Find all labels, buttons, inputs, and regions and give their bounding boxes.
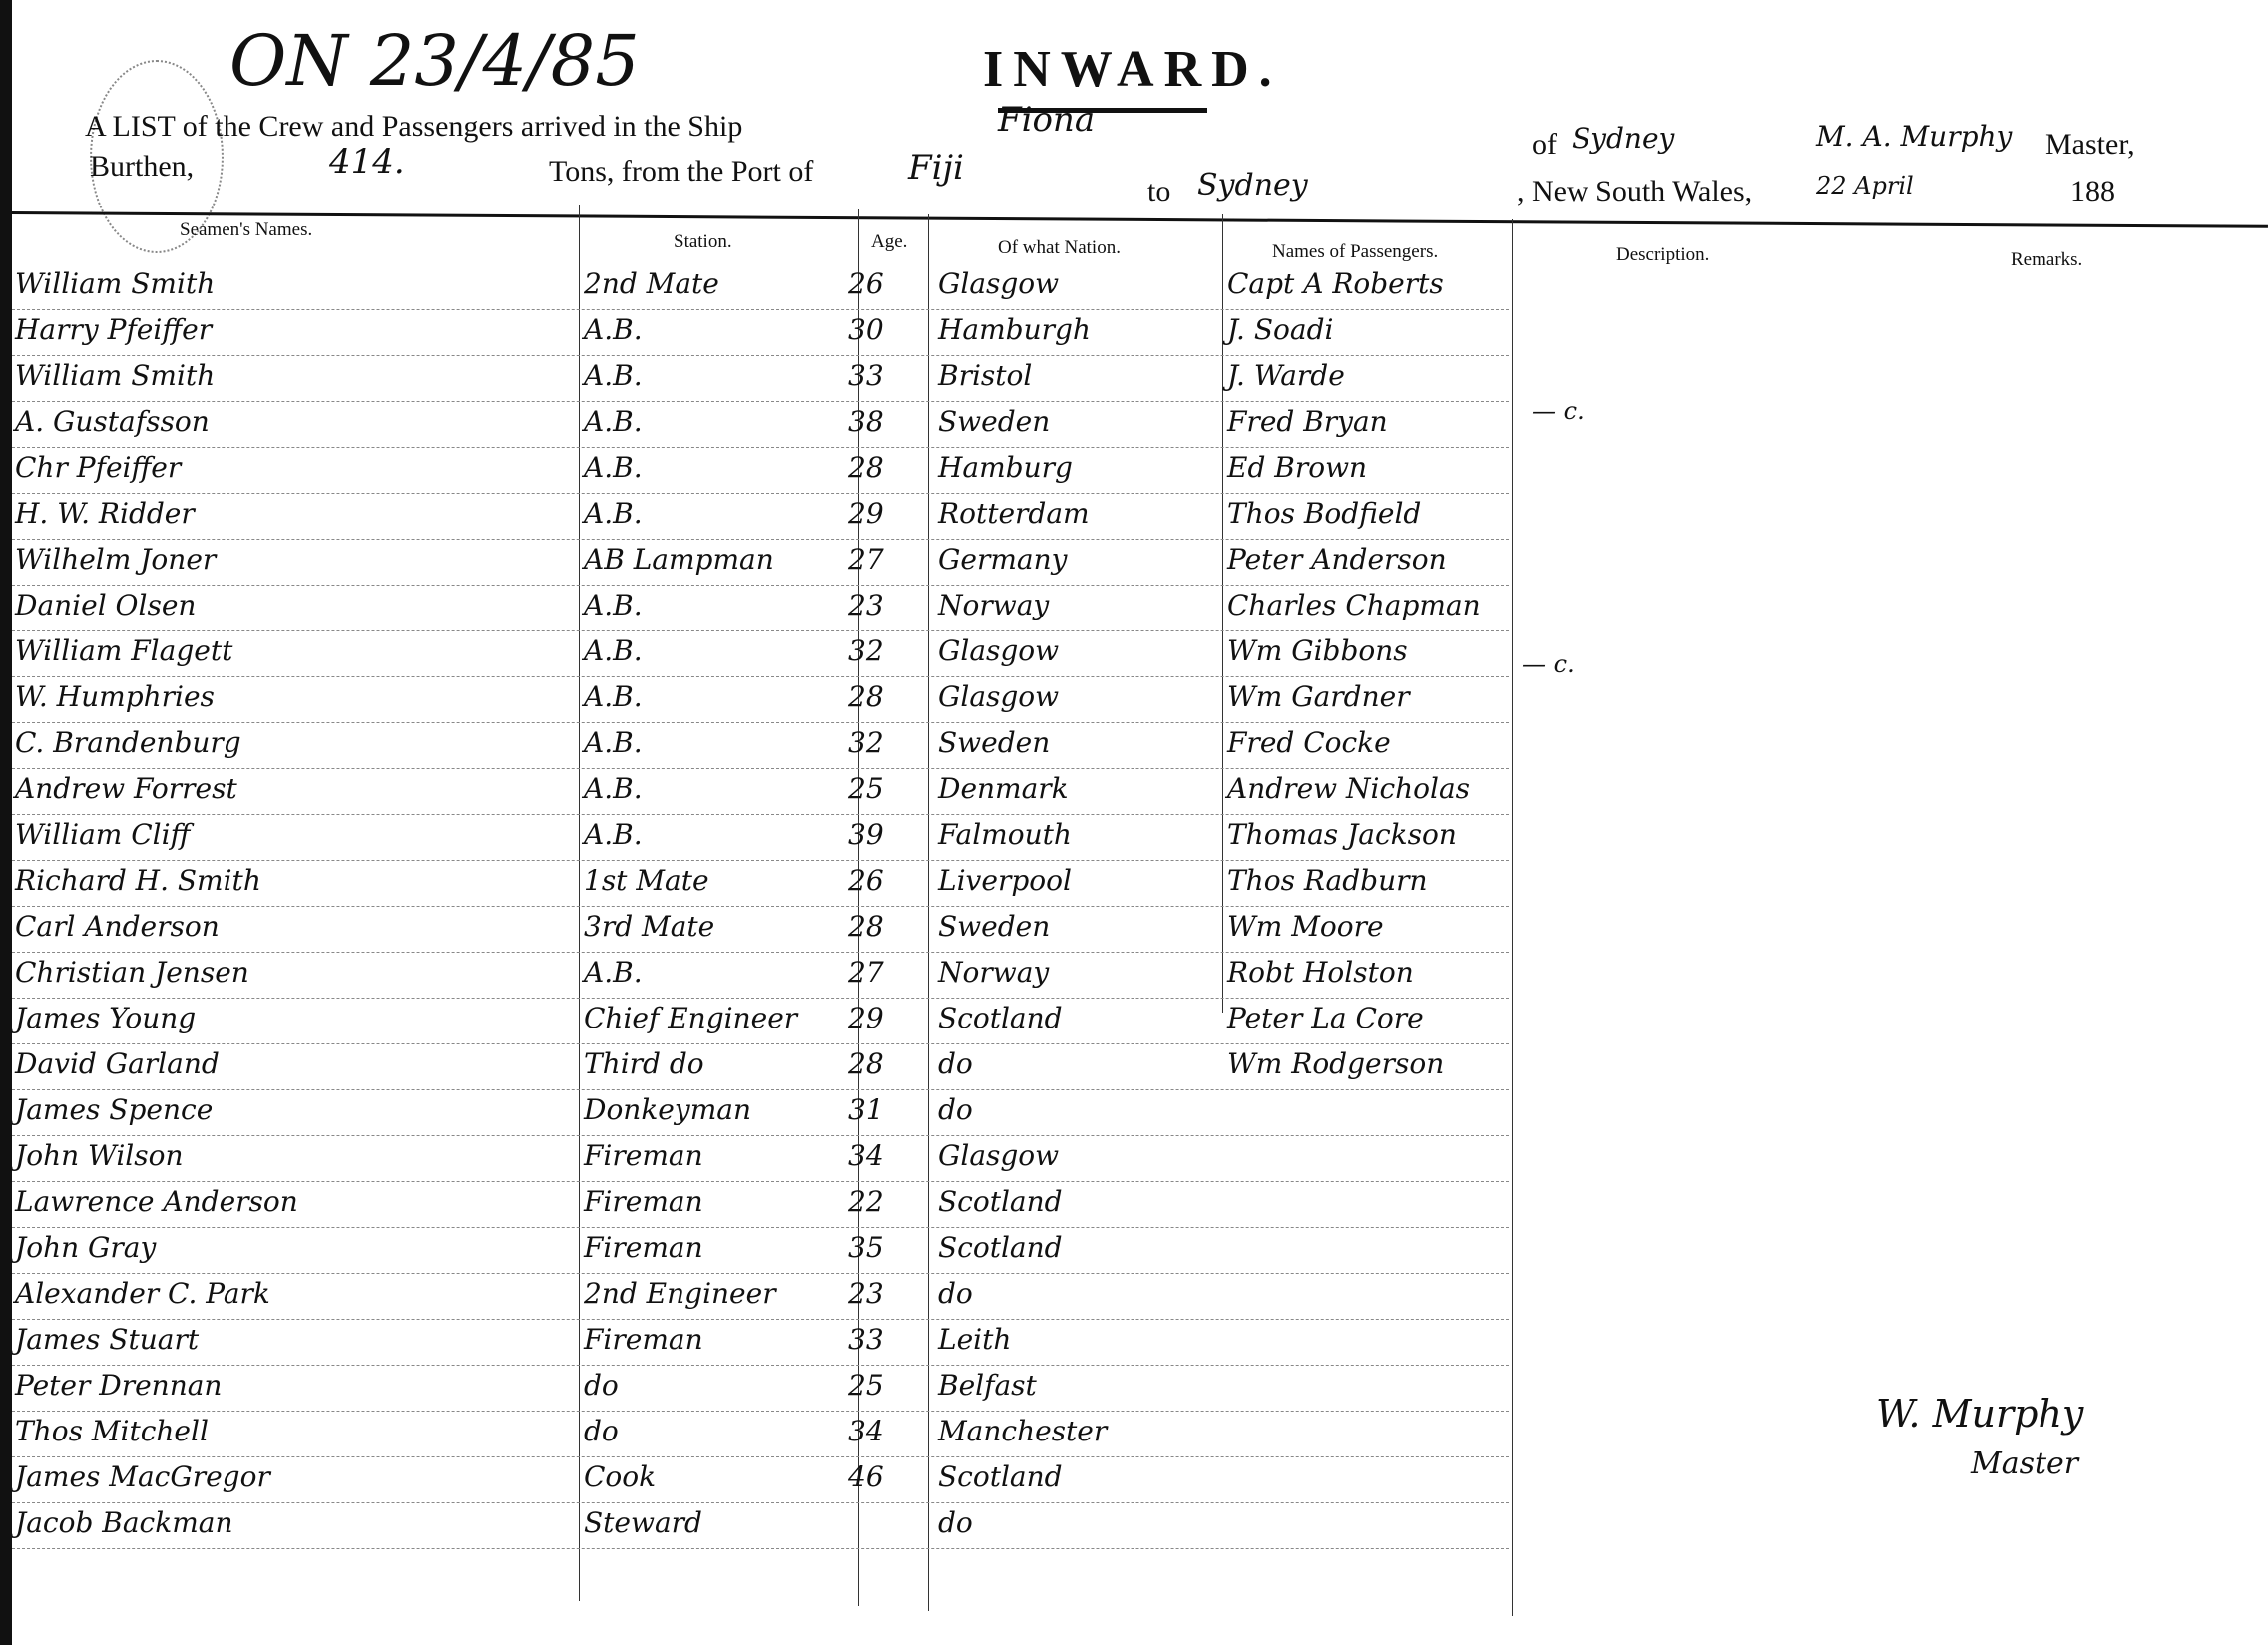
table-row: James YoungChief Engineer29ScotlandPeter… [0,1002,1557,1046]
col-age: Age. [871,231,907,253]
passenger-name: Ed Brown [1227,451,1367,484]
passenger-name: Thos Bodfield [1227,497,1421,530]
table-row: Thos Mitchelldo34Manchester [0,1415,1557,1459]
ruled-line [12,906,1509,908]
station: A.B. [584,451,643,484]
age: 25 [848,1369,884,1402]
seaman-name: William Smith [15,359,215,392]
to-port: Sydney [1197,168,1308,203]
age: 29 [848,1002,884,1034]
margin-mark: — c. [1532,397,1585,425]
table-row: Lawrence AndersonFireman22Scotland [0,1185,1557,1230]
col-station: Station. [674,231,732,253]
nation: do [938,1277,973,1310]
seaman-name: Daniel Olsen [15,589,196,621]
seaman-name: James Spence [15,1093,213,1126]
station: A.B. [584,589,643,621]
seaman-name: Peter Drennan [15,1369,222,1402]
table-row: Christian JensenA.B.27NorwayRobt Holston [0,956,1557,1001]
ruled-line [12,309,1509,311]
station: do [584,1369,619,1402]
nation: Denmark [938,772,1069,805]
station: Fireman [584,1231,703,1264]
table-row: Richard H. Smith1st Mate26LiverpoolThos … [0,864,1557,909]
station: Fireman [584,1185,703,1218]
seaman-name: Jacob Backman [15,1506,232,1539]
table-row: William SmithA.B.33BristolJ. Warde [0,359,1557,404]
seaman-name: William Cliff [15,818,190,851]
ruled-line [12,630,1509,632]
age: 32 [848,634,884,667]
seaman-name: C. Brandenburg [15,726,241,759]
age: 33 [848,1323,884,1356]
col-remarks: Remarks. [2011,249,2082,271]
passenger-name: Capt A Roberts [1227,267,1444,300]
table-row: James MacGregorCook46Scotland [0,1460,1557,1505]
page-title: INWARD. [983,40,1282,99]
ruled-line [12,355,1509,357]
table-row: Carl Anderson3rd Mate28SwedenWm Moore [0,910,1557,955]
burthen-value: 414. [329,142,405,182]
seaman-name: Lawrence Anderson [15,1185,298,1218]
ship-name: Fiona [998,100,1095,140]
state-label: , New South Wales, [1517,175,1752,208]
nation: Hamburgh [938,313,1091,346]
col-nation: Of what Nation. [998,237,1121,259]
col-description: Description. [1616,244,1709,266]
age: 23 [848,1277,884,1310]
ruled-line [12,768,1509,770]
seaman-name: Harry Pfeiffer [15,313,212,346]
station: Donkeyman [584,1093,751,1126]
table-row: William CliffA.B.39FalmouthThomas Jackso… [0,818,1557,863]
station: Fireman [584,1139,703,1172]
ruled-line [12,1273,1509,1275]
seaman-name: William Smith [15,267,215,300]
station: A.B. [584,680,643,713]
station: 2nd Engineer [584,1277,776,1310]
station: do [584,1415,619,1447]
ruled-line [12,539,1509,541]
age: 31 [848,1093,884,1126]
age: 25 [848,772,884,805]
passenger-name: Wm Rodgerson [1227,1047,1444,1080]
station: A.B. [584,359,643,392]
seaman-name: W. Humphries [15,680,215,713]
nation: Glasgow [938,267,1059,300]
from-port: Fiji [908,148,964,188]
ruled-line [12,998,1509,1000]
station: A.B. [584,772,643,805]
to-label: to [1147,175,1170,208]
nation: Glasgow [938,634,1059,667]
nation: Scotland [938,1231,1063,1264]
ruled-line [12,493,1509,495]
nation: Liverpool [938,864,1072,897]
nation: Bristol [938,359,1032,392]
passenger-name: Wm Gibbons [1227,634,1408,667]
table-row: William FlagettA.B.32GlasgowWm Gibbons [0,634,1557,679]
ruled-line [12,1365,1509,1367]
table-row: C. BrandenburgA.B.32SwedenFred Cocke [0,726,1557,771]
age: 39 [848,818,884,851]
station: Cook [584,1460,656,1493]
burthen-label: Burthen, [90,150,194,184]
age: 32 [848,726,884,759]
age: 27 [848,543,884,576]
station: 1st Mate [584,864,709,897]
station: A.B. [584,313,643,346]
passenger-name: Thomas Jackson [1227,818,1457,851]
ruled-line [12,1135,1509,1137]
passenger-name: Wm Moore [1227,910,1384,943]
seaman-name: Andrew Forrest [15,772,237,805]
ruled-line [12,401,1509,403]
ruled-line [12,860,1509,862]
passenger-name: J. Warde [1227,359,1345,392]
age: 26 [848,267,884,300]
passenger-name: Robt Holston [1227,956,1414,989]
age: 22 [848,1185,884,1218]
reference-mark: ON 23/4/85 [229,20,640,102]
station: Fireman [584,1323,703,1356]
nation: Sweden [938,910,1050,943]
nation: Germany [938,543,1067,576]
nation: Falmouth [938,818,1072,851]
seaman-name: Carl Anderson [15,910,220,943]
age: 27 [848,956,884,989]
ruled-line [12,1319,1509,1321]
ruled-line [12,952,1509,954]
nation: Leith [938,1323,1011,1356]
station: Steward [584,1506,702,1539]
ruled-line [12,676,1509,678]
table-row: James SpenceDonkeyman31do [0,1093,1557,1138]
age: 34 [848,1139,884,1172]
table-row: Andrew ForrestA.B.25DenmarkAndrew Nichol… [0,772,1557,817]
seaman-name: James Stuart [15,1323,199,1356]
table-row: Jacob BackmanStewarddo [0,1506,1557,1551]
table-row: Daniel OlsenA.B.23NorwayCharles Chapman [0,589,1557,633]
ruled-line [12,1411,1509,1413]
age: 35 [848,1231,884,1264]
home-port: Sydney [1572,122,1674,155]
table-row: A. GustafssonA.B.38SwedenFred Bryan [0,405,1557,450]
station: Chief Engineer [584,1002,797,1034]
table-row: John WilsonFireman34Glasgow [0,1139,1557,1184]
age: 38 [848,405,884,438]
seaman-name: Christian Jensen [15,956,249,989]
passenger-name: Peter La Core [1227,1002,1424,1034]
nation: Belfast [938,1369,1037,1402]
nation: Sweden [938,405,1050,438]
seaman-name: Richard H. Smith [15,864,261,897]
ruled-line [12,447,1509,449]
seaman-name: Wilhelm Joner [15,543,216,576]
table-row: John GrayFireman35Scotland [0,1231,1557,1276]
ruled-line [12,1089,1509,1091]
col-passengers: Names of Passengers. [1272,241,1438,263]
seaman-name: David Garland [15,1047,220,1080]
station: 2nd Mate [584,267,719,300]
seaman-name: William Flagett [15,634,232,667]
year-label: 188 [2070,175,2115,208]
table-row: Peter Drennando25Belfast [0,1369,1557,1414]
header-rule [12,211,2268,228]
seaman-name: Alexander C. Park [15,1277,270,1310]
margin-mark: — c. [1522,650,1575,678]
age: 34 [848,1415,884,1447]
seaman-name: James Young [15,1002,196,1034]
tons-label: Tons, from the Port of [549,155,813,189]
nation: do [938,1506,973,1539]
ruled-line [12,1502,1509,1504]
nation: Manchester [938,1415,1107,1447]
nation: Scotland [938,1460,1063,1493]
station: A.B. [584,405,643,438]
station: 3rd Mate [584,910,714,943]
nation: Norway [938,956,1049,989]
seaman-name: John Wilson [15,1139,184,1172]
master-name: M. A. Murphy [1816,120,2012,153]
seaman-name: Chr Pfeiffer [15,451,181,484]
ruled-line [12,585,1509,587]
nation: Rotterdam [938,497,1090,530]
nation: Scotland [938,1002,1063,1034]
passenger-name: Fred Cocke [1227,726,1391,759]
nation: do [938,1047,973,1080]
ruled-line [12,1227,1509,1229]
table-row: Harry PfeifferA.B.30HamburghJ. Soadi [0,313,1557,358]
col-seamen: Seamen's Names. [180,219,312,241]
table-row: David GarlandThird do28doWm Rodgerson [0,1047,1557,1092]
age: 29 [848,497,884,530]
nation: Sweden [938,726,1050,759]
nation: do [938,1093,973,1126]
station: A.B. [584,634,643,667]
age: 46 [848,1460,884,1493]
station: A.B. [584,497,643,530]
table-row: Chr PfeifferA.B.28HamburgEd Brown [0,451,1557,496]
ruled-line [12,1456,1509,1458]
of-label: of [1532,128,1557,162]
seaman-name: Thos Mitchell [15,1415,209,1447]
station: A.B. [584,956,643,989]
age: 28 [848,451,884,484]
table-row: James StuartFireman33Leith [0,1323,1557,1368]
nation: Glasgow [938,1139,1059,1172]
seaman-name: John Gray [15,1231,156,1264]
master-signature: W. Murphy [1876,1392,2083,1436]
ruled-line [12,1548,1509,1550]
table-row: William Smith2nd Mate26GlasgowCapt A Rob… [0,267,1557,312]
seaman-name: A. Gustafsson [15,405,210,438]
ruled-line [12,1043,1509,1045]
passenger-name: Charles Chapman [1227,589,1481,621]
passenger-name: Andrew Nicholas [1227,772,1470,805]
table-row: W. HumphriesA.B.28GlasgowWm Gardner [0,680,1557,725]
master-label: Master, [2045,128,2135,162]
nation: Hamburg [938,451,1073,484]
station: AB Lampman [584,543,774,576]
age: 28 [848,910,884,943]
age: 33 [848,359,884,392]
table-row: Alexander C. Park2nd Engineer23do [0,1277,1557,1322]
master-signature-title: Master [1971,1446,2078,1481]
ruled-line [12,1181,1509,1183]
list-heading: A LIST of the Crew and Passengers arrive… [85,110,742,144]
passenger-name: J. Soadi [1227,313,1333,346]
nation: Scotland [938,1185,1063,1218]
seaman-name: H. W. Ridder [15,497,195,530]
passenger-name: Fred Bryan [1227,405,1388,438]
age: 23 [848,589,884,621]
table-row: Wilhelm JonerAB Lampman27GermanyPeter An… [0,543,1557,588]
passenger-name: Thos Radburn [1227,864,1428,897]
ruled-line [12,814,1509,816]
station: A.B. [584,726,643,759]
nation: Norway [938,589,1049,621]
arrival-date: 22 April [1816,172,1914,200]
age: 26 [848,864,884,897]
age: 28 [848,1047,884,1080]
age: 28 [848,680,884,713]
ruled-line [12,722,1509,724]
seaman-name: James MacGregor [15,1460,270,1493]
nation: Glasgow [938,680,1059,713]
passenger-name: Wm Gardner [1227,680,1410,713]
station: Third do [584,1047,704,1080]
passenger-name: Peter Anderson [1227,543,1447,576]
age: 30 [848,313,884,346]
table-row: H. W. RidderA.B.29RotterdamThos Bodfield [0,497,1557,542]
station: A.B. [584,818,643,851]
